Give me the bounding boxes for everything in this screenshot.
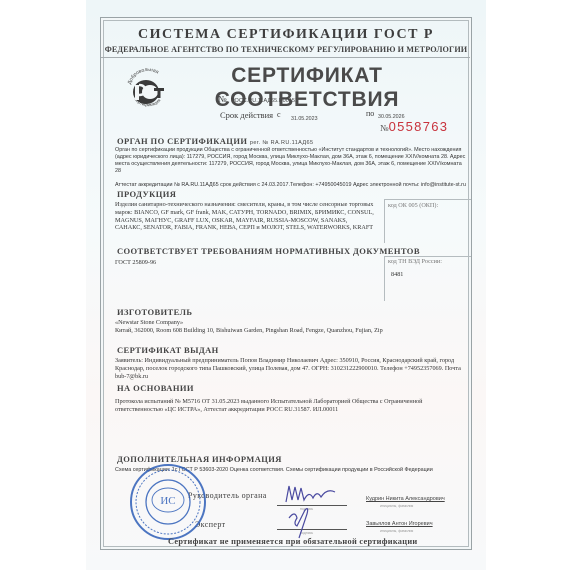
okp-box: код ОК 005 (ОКП): [384, 199, 471, 243]
serial-label: № [380, 123, 389, 133]
manufacturer-name: «Newstar Stone Company» [115, 319, 183, 327]
certification-body-text: Орган по сертификации продукции Общества… [115, 147, 467, 175]
issued-to-heading: СЕРТИФИКАТ ВЫДАН [117, 345, 219, 355]
footer-note: Сертификат не применяется при обязательн… [168, 537, 418, 546]
certification-body-title: ОРГАН ПО СЕРТИФИКАЦИИ [117, 136, 247, 146]
manufacturer-address: Китай, 362000, Room 608 Building 10, Bis… [115, 327, 470, 335]
head-name: Кудрин Никита Александрович [366, 496, 445, 502]
conformity-standard: ГОСТ 25809-96 [115, 259, 156, 267]
expert-name-caption: инициалы, фамилия [380, 529, 413, 533]
issued-to-text: Заявитель: Индивидуальный предпринимател… [115, 357, 465, 380]
certification-body-heading: ОРГАН ПО СЕРТИФИКАЦИИ рег. № RA.RU.11АД6… [117, 136, 313, 146]
validity-to-label: по [366, 109, 374, 118]
manufacturer-heading: ИЗГОТОВИТЕЛЬ [117, 307, 192, 317]
product-text: Изделия санитарно-технического назначени… [115, 201, 375, 232]
conformity-heading: СООТВЕТСТВУЕТ ТРЕБОВАНИЯМ НОРМАТИВНЫХ ДО… [117, 246, 420, 256]
svg-text:ИС: ИС [160, 495, 175, 507]
basis-heading: НА ОСНОВАНИИ [117, 383, 194, 393]
head-signature-icon [283, 482, 343, 506]
organization-seal-icon: ИС [128, 462, 208, 542]
expert-signature-icon [285, 506, 325, 540]
validity-from-date: 31.05.2023 [291, 116, 318, 122]
certificate-title: СЕРТИФИКАТ СООТВЕТСТВИЯ [182, 64, 432, 112]
basis-text: Протокола испытаний № М5716 ОТ 31.05.202… [115, 398, 465, 414]
rst-mark-icon: Добровольная сертификация [124, 65, 172, 113]
agency-title: ФЕДЕРАЛЬНОЕ АГЕНТСТВО ПО ТЕХНИЧЕСКОМУ РЕ… [100, 45, 472, 54]
tnved-value: 8481 [385, 267, 471, 283]
certificate-number: РОСС.RU.11АД65.Н00151 [231, 98, 298, 104]
validity-from-label: с [277, 110, 281, 119]
header-divider [101, 57, 470, 58]
serial-number: №0558763 [380, 119, 448, 134]
validity-label: Срок действия [220, 110, 273, 120]
certification-body-reg: рег. № RA.RU.11АД65 [250, 140, 314, 146]
tnved-box: код ТН ВЭД России: 8481 [384, 256, 471, 301]
head-name-caption: инициалы, фамилия [380, 504, 413, 508]
system-title: СИСТЕМА СЕРТИФИКАЦИИ ГОСТ Р [100, 27, 472, 43]
serial-value: 0558763 [389, 119, 449, 134]
okp-label: код ОК 005 (ОКП): [385, 200, 471, 212]
expert-name: Завьялов Антон Игоревич [366, 521, 433, 527]
product-heading: ПРОДУКЦИЯ [117, 189, 176, 199]
number-label: № [218, 94, 227, 104]
tnved-label: код ТН ВЭД России: [385, 257, 471, 267]
